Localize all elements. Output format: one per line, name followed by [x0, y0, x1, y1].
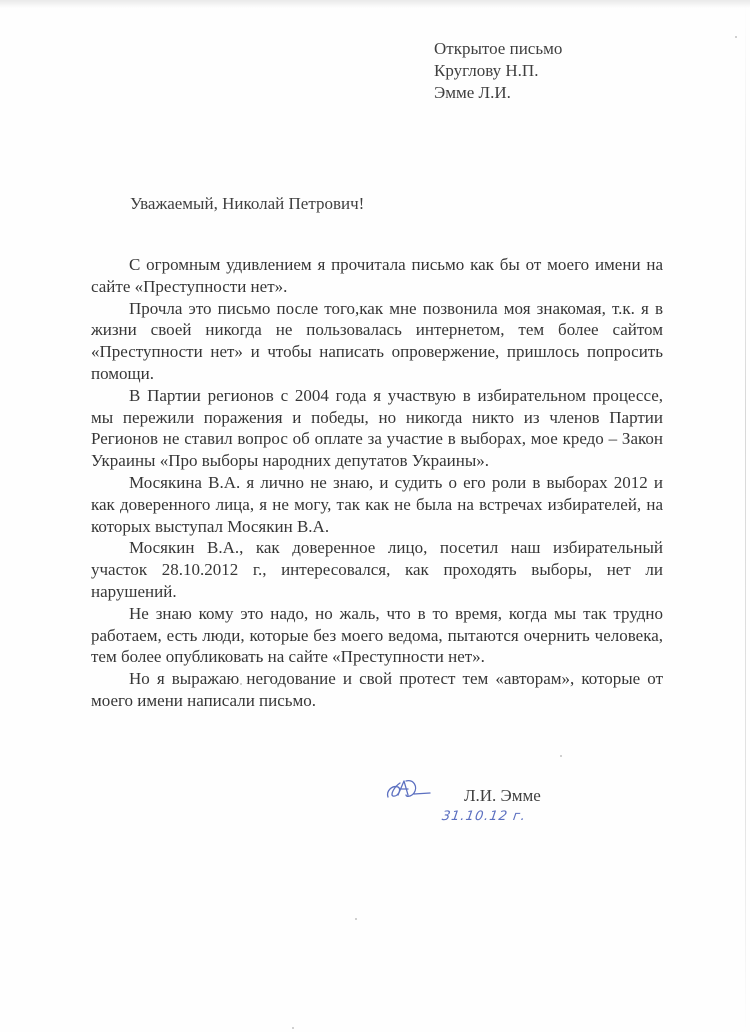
paragraph-1: С огромным удивлением я прочитала письмо…	[91, 254, 663, 298]
signer-name: Л.И. Эмме	[464, 786, 541, 806]
scan-speck	[560, 755, 562, 757]
scan-speck	[735, 36, 737, 38]
paragraph-7: Но я выражаю негодование и свой протест …	[91, 668, 663, 712]
letter-body: С огромным удивлением я прочитала письмо…	[91, 254, 663, 712]
salutation: Уважаемый, Николай Петрович!	[130, 193, 364, 215]
header-line-author: Эмме Л.И.	[434, 82, 562, 104]
paragraph-5: Мосякин В.А., как доверенное лицо, посет…	[91, 537, 663, 602]
paragraph-4: Мосякина В.А. я лично не знаю, и судить …	[91, 472, 663, 537]
scan-right-edge	[745, 0, 746, 1032]
paragraph-6: Не знаю кому это надо, но жаль, что в то…	[91, 603, 663, 668]
signature-block: Л.И. Эмме 31.10.12 г.	[380, 775, 600, 835]
header-line-recipient: Круглову Н.П.	[434, 60, 562, 82]
scan-speck	[652, 355, 654, 357]
scan-speck	[240, 683, 242, 685]
scan-speck	[355, 918, 357, 920]
scanned-letter-page: Открытое письмо Круглову Н.П. Эмме Л.И. …	[0, 0, 750, 1032]
letter-header: Открытое письмо Круглову Н.П. Эмме Л.И.	[434, 38, 562, 104]
paragraph-3: В Партии регионов с 2004 года я участвую…	[91, 385, 663, 472]
header-line-title: Открытое письмо	[434, 38, 562, 60]
paragraph-2: Прочла это письмо после того,как мне поз…	[91, 298, 663, 385]
scan-top-shadow	[0, 0, 750, 8]
handwritten-date: 31.10.12 г.	[441, 809, 527, 824]
handwritten-signature-icon	[384, 777, 434, 803]
scan-speck	[292, 1027, 294, 1029]
